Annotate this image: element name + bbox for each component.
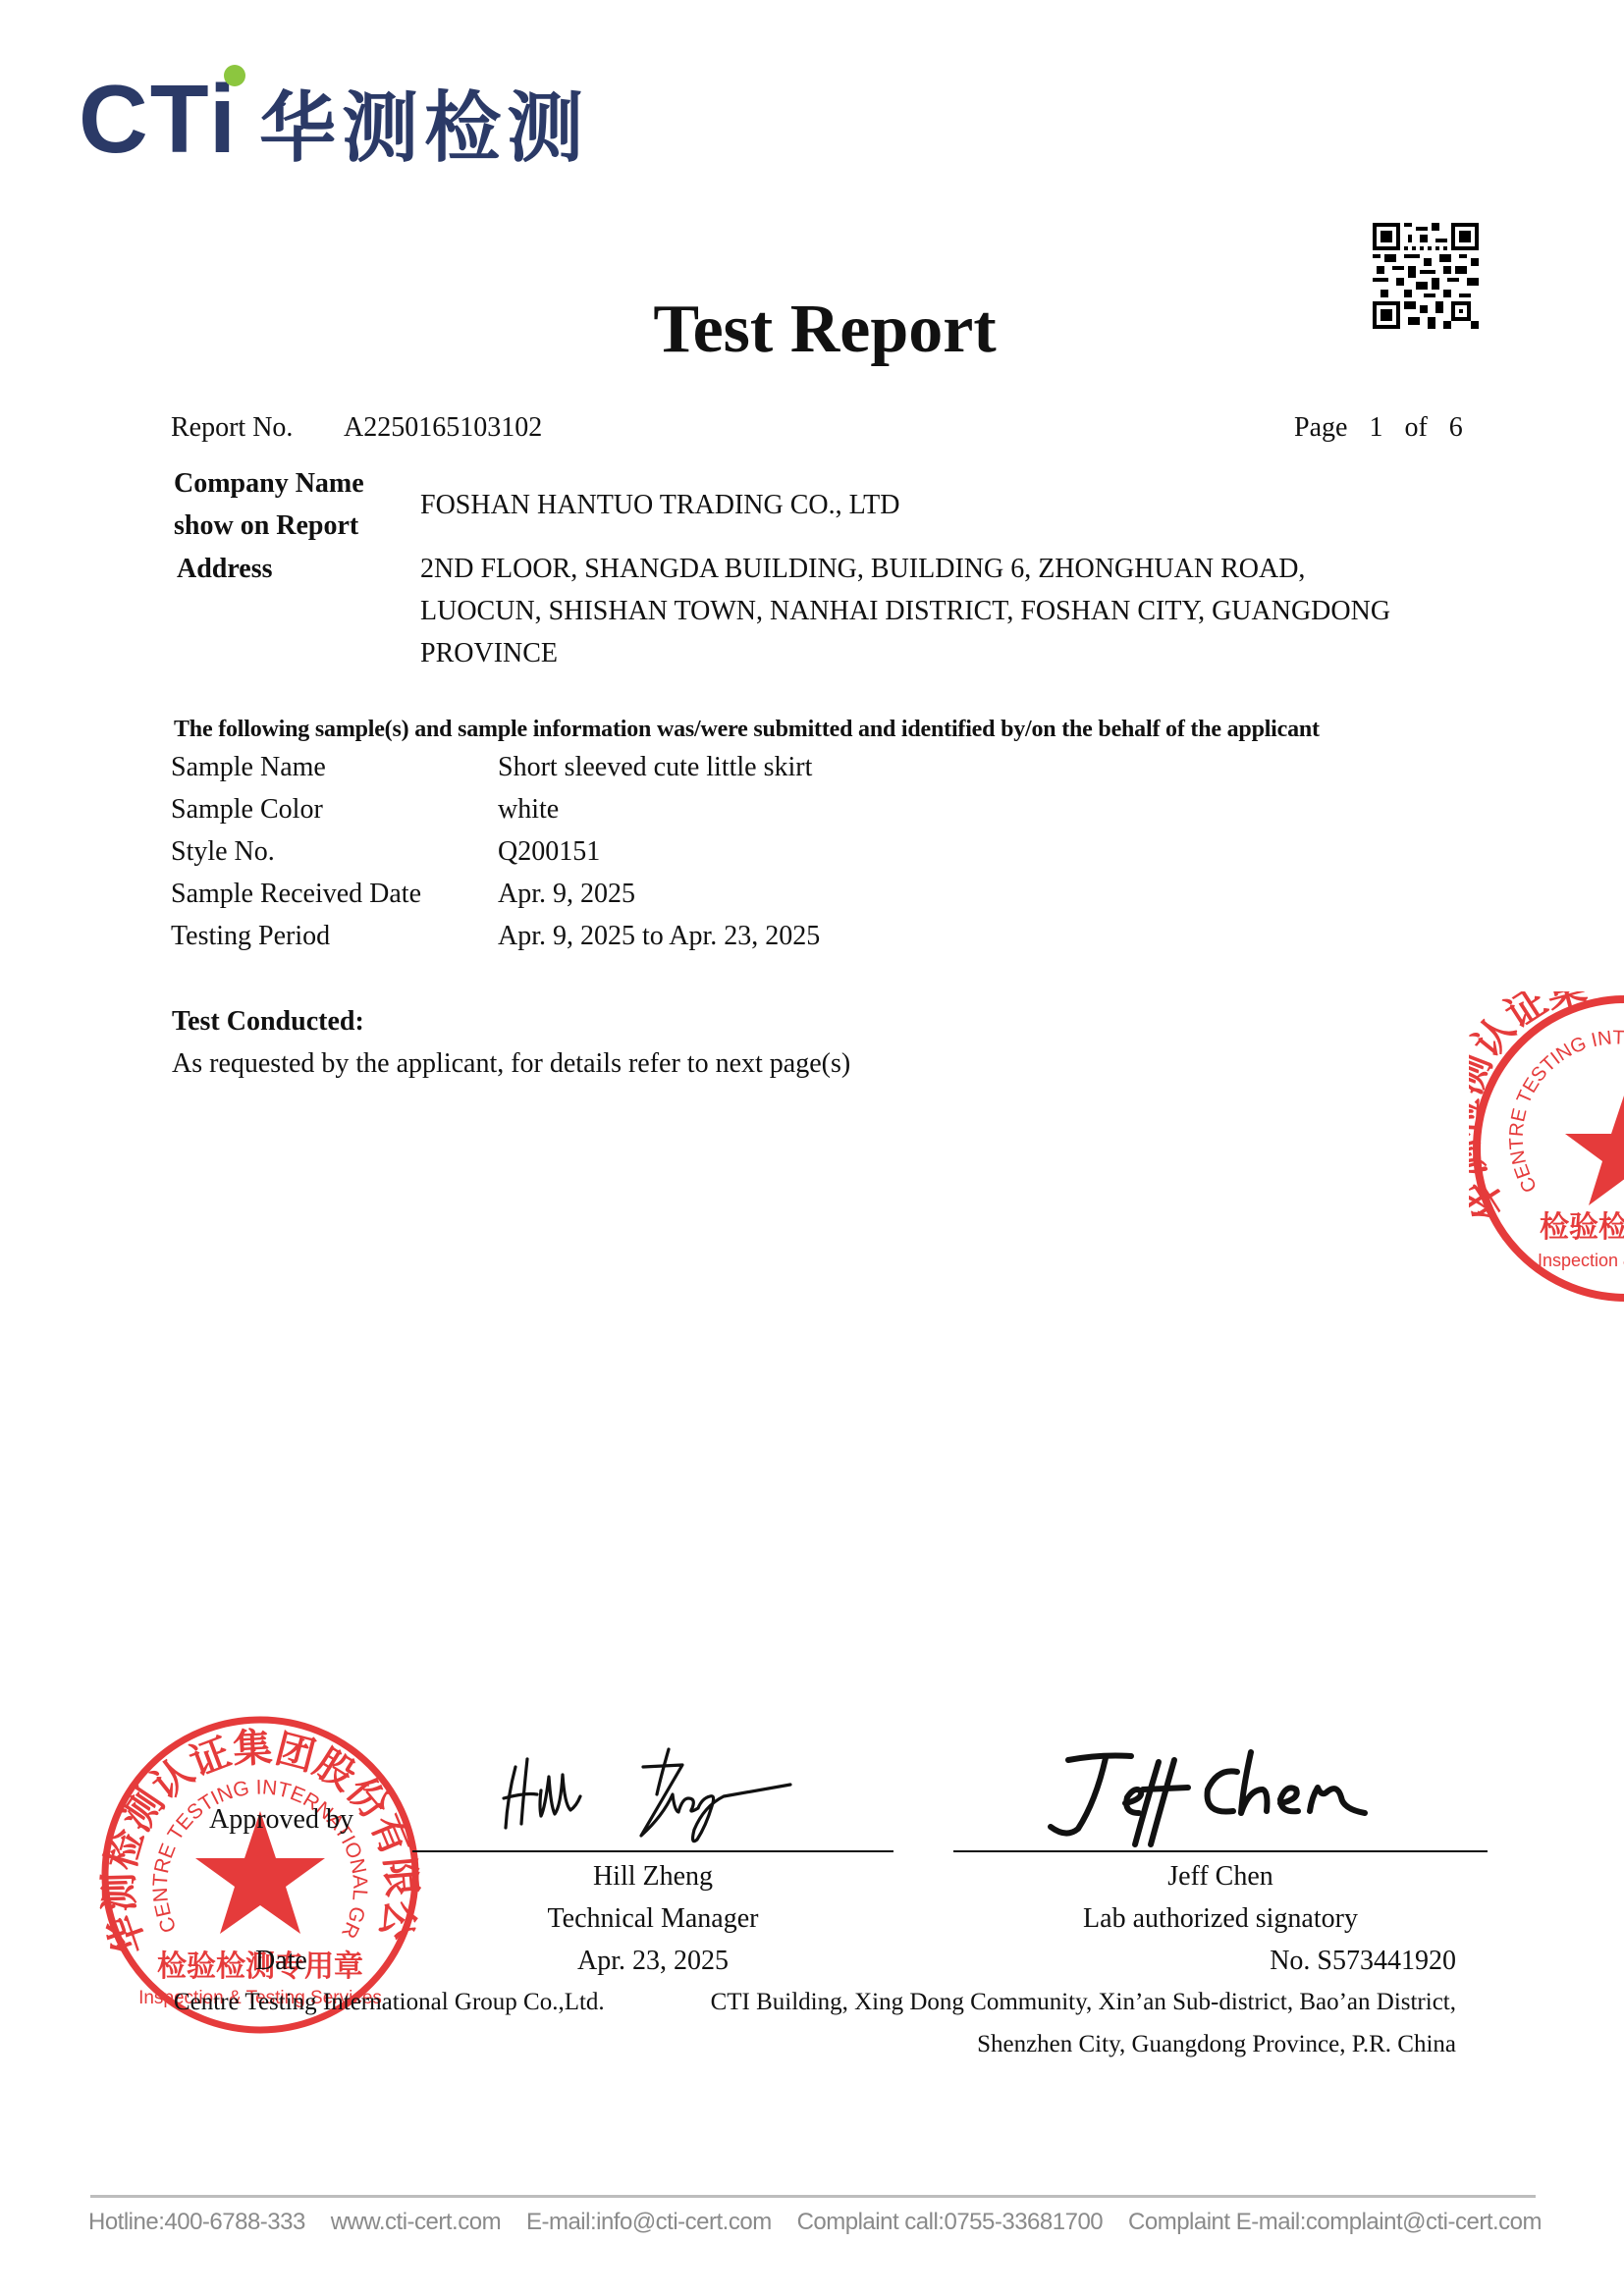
page-total: 6 <box>1449 412 1463 443</box>
company-logo: CTi 华测检测 <box>79 59 589 167</box>
company-label-line2: show on Report <box>174 510 358 542</box>
footer-complaint-email[interactable]: Complaint E-mail:complaint@cti-cert.com <box>1128 2209 1542 2236</box>
report-no-value: A2250165103102 <box>344 412 542 444</box>
signature-hill-zheng <box>496 1737 810 1845</box>
style-no-value: Q200151 <box>498 836 600 868</box>
company-name: FOSHAN HANTUO TRADING CO., LTD <box>420 490 899 521</box>
seal-stamp-icon: 华测检测认证集 CENTRE TESTING INTERNATIONAL 检验检… <box>1469 991 1624 1306</box>
received-date-value: Apr. 9, 2025 <box>498 879 635 910</box>
signature-line <box>953 1850 1488 1852</box>
signature-line <box>412 1850 893 1852</box>
company-label-line1: Company Name <box>174 468 364 500</box>
signatory-1-title: Technical Manager <box>412 1903 893 1935</box>
address-line: 2ND FLOOR, SHANGDA BUILDING, BUILDING 6,… <box>420 554 1305 585</box>
svg-text:Inspection & Testing Services: Inspection & Testing Services <box>1538 1251 1624 1270</box>
test-conducted-heading: Test Conducted: <box>172 1006 364 1038</box>
page-of: of <box>1404 412 1427 443</box>
signature-jeff-chen <box>1041 1742 1404 1850</box>
signatory-2-title: Lab authorized signatory <box>953 1903 1488 1935</box>
sample-info-heading: The following sample(s) and sample infor… <box>174 717 1320 743</box>
page-title: Test Report <box>13 291 1624 369</box>
page-indicator: Page 1 of 6 <box>1294 412 1463 444</box>
sample-color-value: white <box>498 794 559 826</box>
page-current: 1 <box>1369 412 1382 443</box>
address-line: PROVINCE <box>420 638 558 669</box>
logo-brand: CTi <box>79 65 238 173</box>
signatory-1-name: Hill Zheng <box>412 1861 893 1893</box>
logo-chinese-text: 华测检测 <box>259 90 589 167</box>
issuer-company: Centre Testing International Group Co.,L… <box>174 1989 605 2016</box>
page-footer: Hotline:400-6788-333 www.cti-cert.com E-… <box>88 2209 1542 2236</box>
signatory-2-number: No. S573441920 <box>1270 1946 1456 1977</box>
logo-brand-text: CTi <box>79 71 238 167</box>
sample-color-label: Sample Color <box>171 794 323 826</box>
footer-website[interactable]: www.cti-cert.com <box>331 2209 501 2236</box>
test-conducted-text: As requested by the applicant, for detai… <box>172 1048 850 1080</box>
footer-complaint-call: Complaint call:0755-33681700 <box>797 2209 1104 2236</box>
received-date-label: Sample Received Date <box>171 879 421 910</box>
issuer-address-line1: CTI Building, Xing Dong Community, Xin’a… <box>711 1989 1456 2016</box>
report-no-label: Report No. <box>171 412 293 444</box>
address-label: Address <box>177 554 273 585</box>
issuer-address-line2: Shenzhen City, Guangdong Province, P.R. … <box>977 2031 1456 2058</box>
approved-by-label: Approved by <box>209 1804 353 1836</box>
signatory-1-date: Apr. 23, 2025 <box>412 1946 893 1977</box>
footer-hotline: Hotline:400-6788-333 <box>88 2209 305 2236</box>
svg-text:检验检测专用章: 检验检测专用章 <box>1540 1210 1624 1245</box>
testing-period-label: Testing Period <box>171 921 330 952</box>
address-line: LUOCUN, SHISHAN TOWN, NANHAI DISTRICT, F… <box>420 596 1390 627</box>
signatory-2-name: Jeff Chen <box>953 1861 1488 1893</box>
footer-email[interactable]: E-mail:info@cti-cert.com <box>526 2209 772 2236</box>
footer-divider <box>90 2195 1536 2198</box>
page-label: Page <box>1294 412 1347 443</box>
logo-dot-icon <box>224 65 245 86</box>
sample-name-label: Sample Name <box>171 752 326 783</box>
sample-name-value: Short sleeved cute little skirt <box>498 752 812 783</box>
style-no-label: Style No. <box>171 836 275 868</box>
date-label: Date <box>255 1946 307 1977</box>
testing-period-value: Apr. 9, 2025 to Apr. 23, 2025 <box>498 921 820 952</box>
